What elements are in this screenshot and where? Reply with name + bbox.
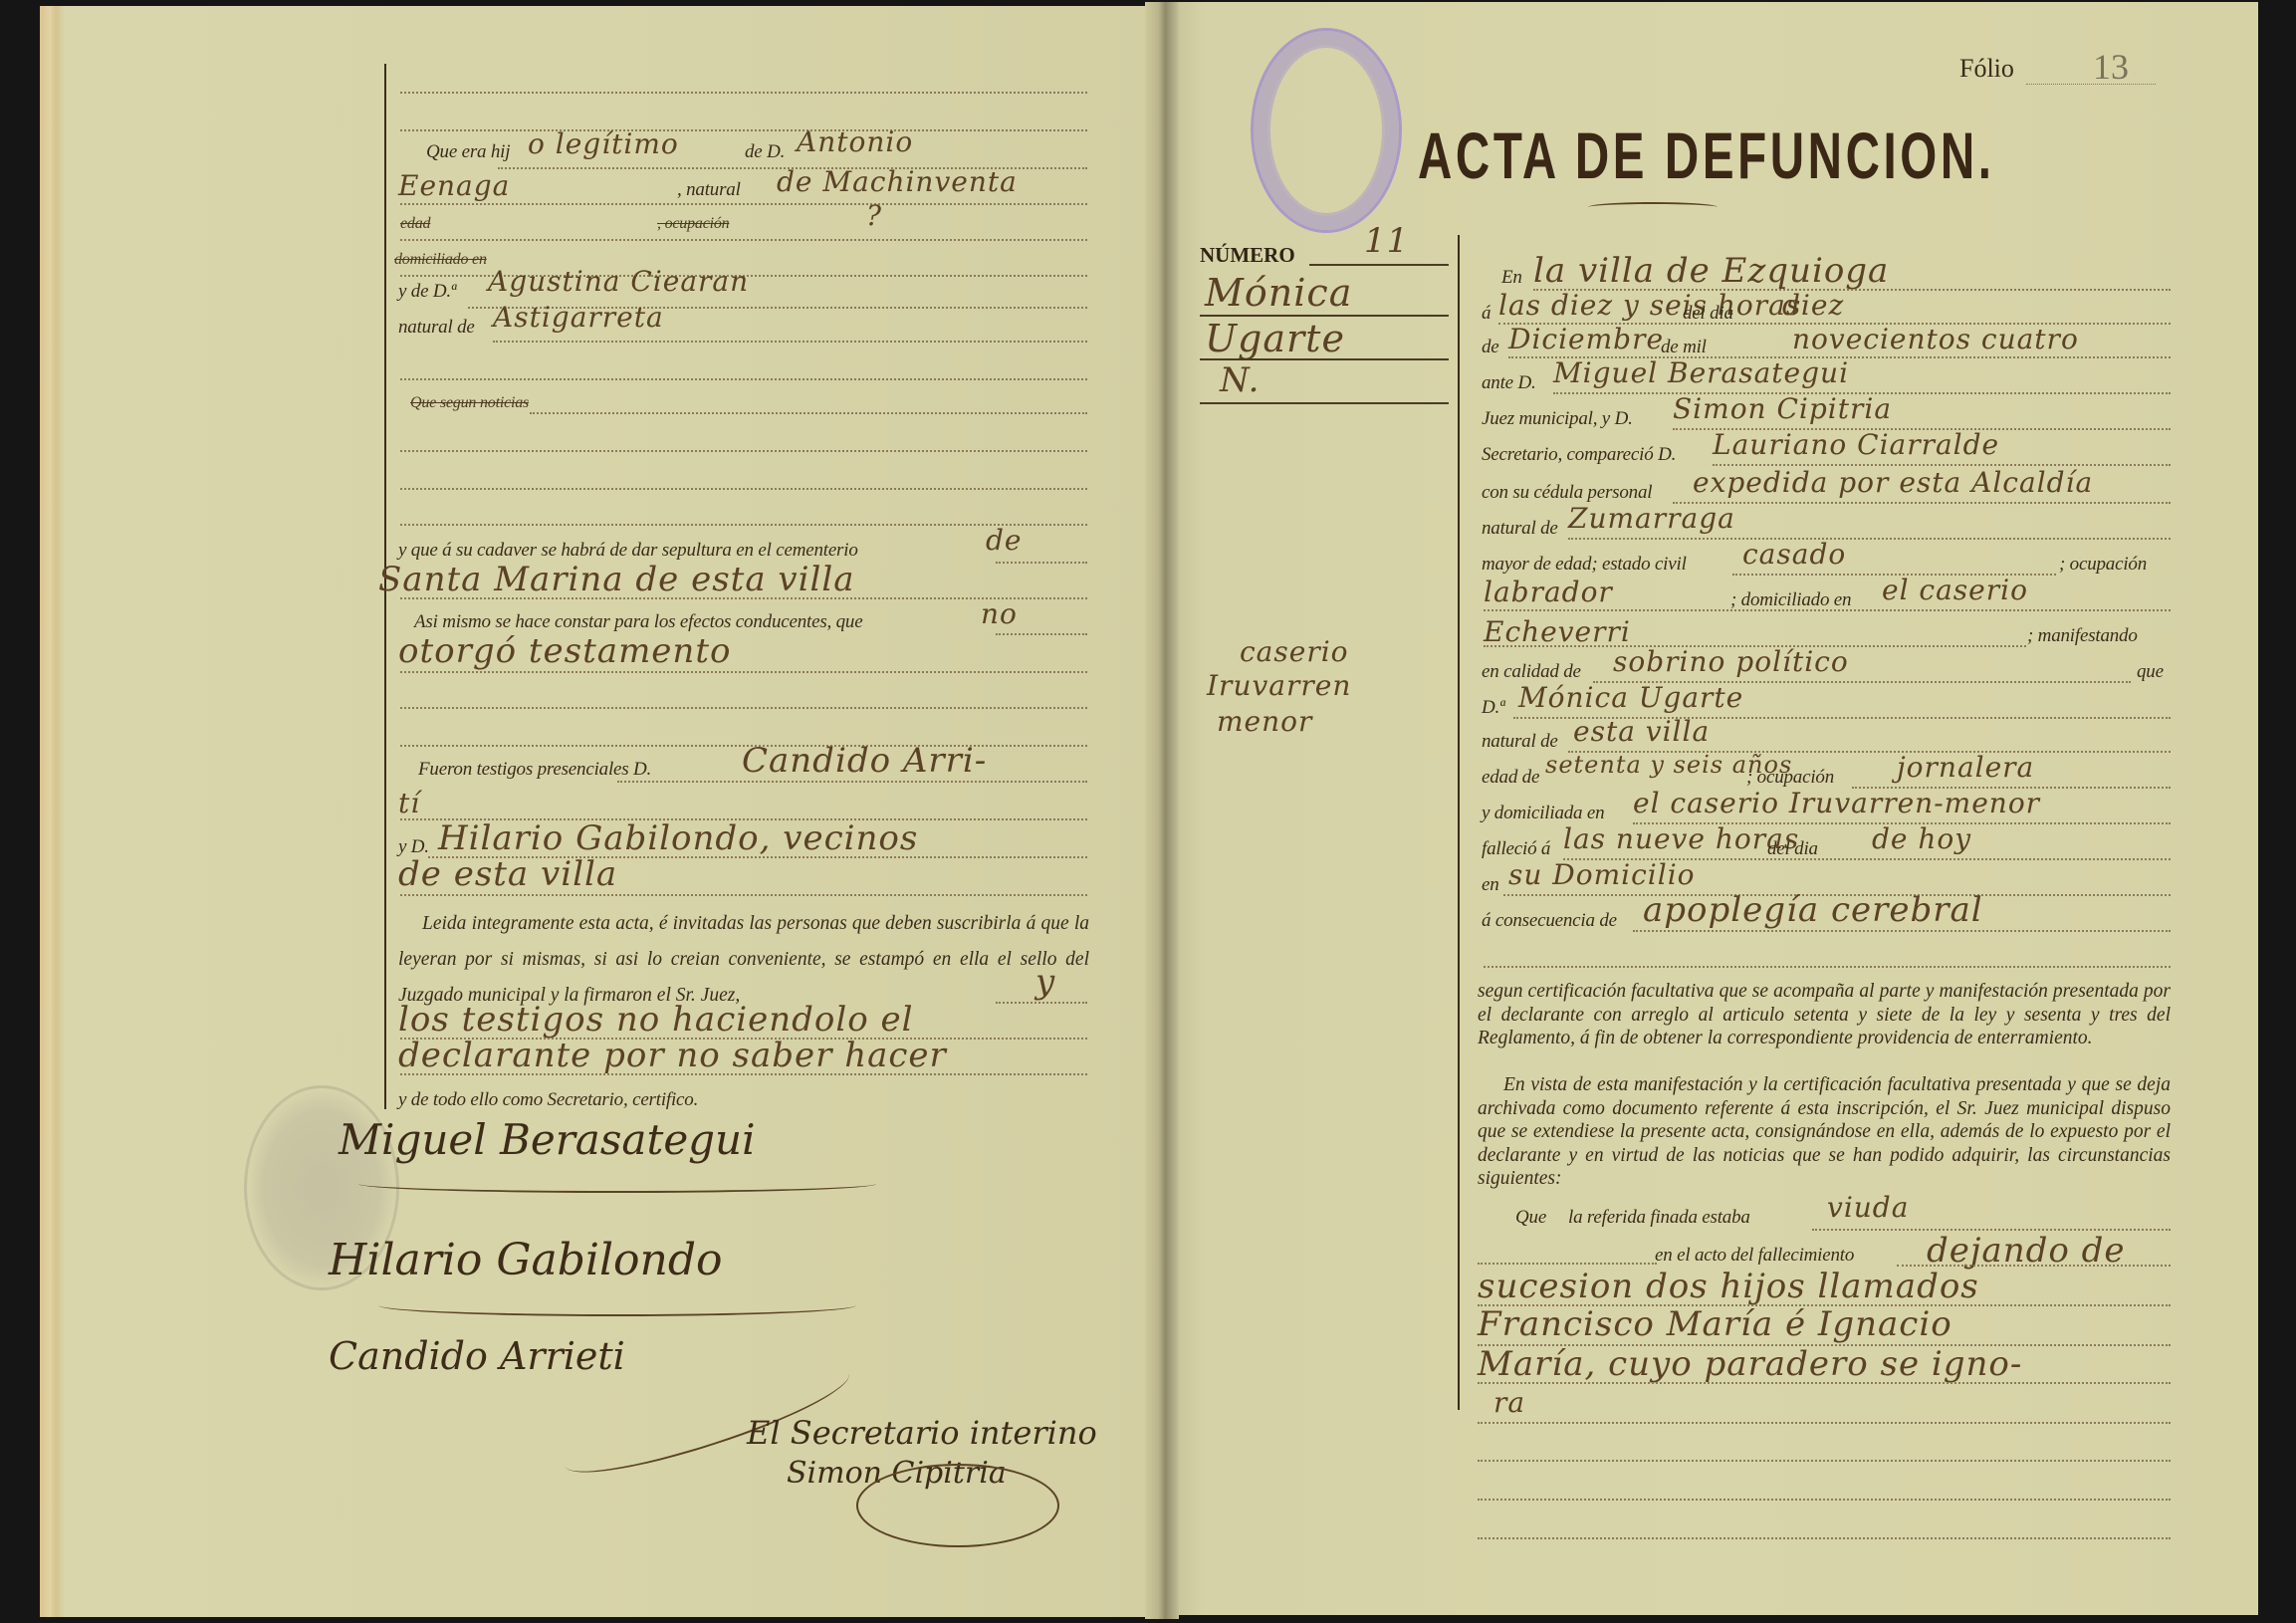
struck-label: Que segun noticias bbox=[410, 394, 529, 412]
folio-label: Fólio bbox=[1959, 54, 2014, 84]
field-label: Que era hij bbox=[426, 141, 510, 163]
field-label: con su cédula personal bbox=[1482, 482, 1652, 504]
field-label: natural de bbox=[1482, 518, 1558, 540]
witness-1-cont: tí bbox=[398, 787, 420, 819]
margin-note-1: caserio bbox=[1240, 635, 1349, 668]
field-value: ? bbox=[866, 199, 882, 232]
rule-line bbox=[996, 562, 1087, 564]
rule-line bbox=[400, 203, 1087, 205]
closing-hand-2: los testigos no haciendolo el bbox=[398, 1000, 914, 1040]
right-column-rule bbox=[1458, 235, 1460, 1410]
rule-line bbox=[400, 92, 1087, 94]
rule-line bbox=[1568, 538, 2171, 540]
field-value: no bbox=[981, 597, 1018, 630]
declarant-origin: Zumarraga bbox=[1568, 502, 1735, 535]
closing-hand-1: y bbox=[1035, 962, 1055, 1002]
name-rule bbox=[1200, 402, 1449, 404]
rule-line bbox=[400, 239, 1087, 241]
circumstance-line: sucesion dos hijos llamados bbox=[1478, 1267, 1979, 1306]
deceased-domicile: el caserio Iruvarren-menor bbox=[1633, 787, 2040, 819]
field-label: edad de bbox=[1482, 767, 1539, 789]
struck-label: domiciliado en bbox=[394, 251, 487, 269]
field-label: Que bbox=[1515, 1207, 1546, 1229]
field-label: de mil bbox=[1661, 337, 1707, 358]
field-label: ante D. bbox=[1482, 372, 1536, 394]
circumstance-line: ra bbox=[1493, 1386, 1525, 1419]
deceased-surname: Ugarte bbox=[1205, 317, 1345, 360]
witness-2: Hilario Gabilondo, vecinos bbox=[438, 818, 918, 858]
rule-line bbox=[1673, 502, 2171, 504]
secretary-title: El Secretario interino bbox=[747, 1414, 1097, 1452]
field-label: En bbox=[1501, 267, 1522, 289]
field-label: á bbox=[1482, 303, 1491, 325]
rule-line bbox=[400, 378, 1087, 380]
rule-line bbox=[400, 671, 1087, 673]
deceased-suffix: N. bbox=[1220, 360, 1260, 400]
rule-line bbox=[400, 894, 1087, 896]
rule-line bbox=[400, 707, 1087, 709]
deceased-occupation: jornalera bbox=[1897, 751, 2034, 784]
witness-1: Candido Arri- bbox=[742, 741, 987, 781]
rule-line bbox=[617, 781, 1087, 783]
field-label-hand: la referida finada estaba bbox=[1568, 1207, 1750, 1229]
circumstance-line: María, cuyo paradero se igno- bbox=[1478, 1344, 2022, 1384]
field-label: ; domiciliado en bbox=[1730, 589, 1851, 611]
circumstance-line: Francisco María é Ignacio bbox=[1478, 1304, 1952, 1344]
field-label: Asi mismo se hace constar para los efect… bbox=[414, 611, 862, 633]
declarant-occupation: labrador bbox=[1484, 576, 1613, 608]
rule-line bbox=[530, 412, 1087, 414]
year-value: novecientos cuatro bbox=[1792, 323, 2079, 355]
rule-line bbox=[1478, 1382, 2171, 1384]
field-label: natural de bbox=[1482, 731, 1558, 753]
cedula-value: expedida por esta Alcaldía bbox=[1693, 466, 2093, 499]
father-surname: Eenaga bbox=[398, 169, 510, 202]
rule-line bbox=[1484, 966, 2171, 968]
certify-line: y de todo ello como Secretario, certific… bbox=[398, 1089, 698, 1111]
rule-line bbox=[1478, 1263, 1657, 1265]
field-label: natural de bbox=[398, 317, 475, 339]
field-label: Secretario, compareció D. bbox=[1482, 444, 1676, 466]
mother-origin: Astigarreta bbox=[493, 301, 664, 334]
field-label: Fueron testigos presenciales D. bbox=[418, 759, 651, 781]
manifest-paragraph: En vista de esta manifestación y la cert… bbox=[1478, 1073, 2171, 1191]
rule-line bbox=[1478, 1422, 2171, 1424]
declarant-domicile: el caserio bbox=[1882, 574, 2028, 606]
title-ornament bbox=[1588, 202, 1718, 212]
rule-line bbox=[400, 524, 1087, 526]
field-label: de bbox=[1482, 337, 1499, 358]
numero-label: NÚMERO bbox=[1200, 243, 1295, 268]
field-label: que bbox=[2137, 661, 2164, 683]
field-label: del dia bbox=[1767, 838, 1818, 860]
field-label: ; ocupación bbox=[1746, 767, 1834, 789]
closing-paragraph: Leida integramente esta acta, é invitada… bbox=[398, 906, 1089, 1014]
day-value: diez bbox=[1782, 289, 1844, 322]
rule-line bbox=[400, 129, 1087, 131]
struck-label: edad bbox=[400, 215, 430, 233]
field-label: ; manifestando bbox=[2027, 625, 2138, 647]
rule-line bbox=[493, 341, 1087, 343]
book-gutter bbox=[1145, 2, 1179, 1619]
field-label: , natural bbox=[677, 179, 741, 201]
closing-hand-3: declarante por no saber hacer bbox=[398, 1036, 947, 1075]
field-label: en bbox=[1482, 874, 1499, 896]
signature-witness-1: Candido Arrieti bbox=[329, 1334, 625, 1378]
numero-value: 11 bbox=[1364, 221, 1409, 261]
deceased-first-name: Mónica bbox=[1205, 271, 1352, 315]
death-day: de hoy bbox=[1872, 822, 1971, 855]
father-origin: de Machinventa bbox=[777, 165, 1018, 198]
field-value: o legítimo bbox=[528, 127, 679, 160]
field-label: D.ª bbox=[1482, 697, 1504, 719]
field-label: del dia bbox=[1683, 303, 1733, 325]
field-label: de D. bbox=[745, 141, 785, 163]
certification-paragraph: segun certificación facultativa que se a… bbox=[1478, 980, 2171, 1050]
rule-line bbox=[1633, 930, 2171, 932]
folio-rule bbox=[2026, 84, 2156, 85]
field-label: á consecuencia de bbox=[1482, 910, 1617, 932]
civil-status: casado bbox=[1742, 538, 1846, 571]
marital-status: viuda bbox=[1827, 1191, 1909, 1224]
field-label: ; ocupación bbox=[2059, 554, 2147, 576]
page-title: ACTA DE DEFUNCION. bbox=[1418, 117, 1995, 193]
rule-line bbox=[1484, 609, 2171, 611]
field-label: y de D.ª bbox=[398, 281, 456, 303]
father-name: Antonio bbox=[797, 125, 913, 158]
signature-flourish bbox=[856, 1464, 1059, 1547]
signature-flourish bbox=[378, 1294, 856, 1316]
rule-line bbox=[1478, 1460, 2171, 1462]
deceased-origin: esta villa bbox=[1573, 715, 1710, 748]
signature-judge: Miguel Berasategui bbox=[339, 1115, 756, 1164]
declarant-domicile-cont: Echeverri bbox=[1484, 615, 1631, 648]
cemetery-name: Santa Marina de esta villa bbox=[378, 560, 855, 599]
field-label: mayor de edad; estado civil bbox=[1482, 554, 1687, 576]
field-label: falleció á bbox=[1482, 838, 1550, 860]
death-hour: las nueve horas bbox=[1563, 822, 1799, 855]
rule-line bbox=[400, 1073, 1087, 1075]
signature-witness-2: Hilario Gabilondo bbox=[329, 1235, 723, 1285]
margin-note-2: Iruvarren bbox=[1207, 669, 1351, 702]
declarant-name: Lauriano Ciarralde bbox=[1713, 428, 1999, 461]
witness-2-cont: de esta villa bbox=[398, 854, 617, 894]
signature-flourish bbox=[358, 1175, 876, 1193]
field-label: en el acto del fallecimiento bbox=[1655, 1245, 1854, 1267]
rule-line bbox=[400, 488, 1087, 490]
numero-rule bbox=[1309, 264, 1449, 266]
relationship-value: sobrino político bbox=[1613, 645, 1849, 678]
place-value: la villa de Ezquioga bbox=[1533, 251, 1889, 291]
field-label: Juez municipal, y D. bbox=[1482, 408, 1633, 430]
struck-label: , ocupación bbox=[657, 215, 729, 233]
cause-of-death: apoplegía cerebral bbox=[1643, 890, 1983, 930]
hour-value: las diez y seis horas bbox=[1498, 289, 1801, 322]
margin-note-3: menor bbox=[1217, 705, 1312, 738]
folio-number: 13 bbox=[2093, 46, 2129, 88]
death-place: su Domicilio bbox=[1508, 858, 1696, 891]
field-label: y que á su cadaver se habrá de dar sepul… bbox=[398, 540, 858, 562]
rule-line bbox=[996, 633, 1087, 635]
rule-line bbox=[400, 450, 1087, 452]
mother-name: Agustina Ciearan bbox=[488, 265, 749, 298]
testament-status: otorgó testamento bbox=[398, 631, 731, 671]
rule-line bbox=[996, 1002, 1087, 1004]
field-label: en calidad de bbox=[1482, 661, 1581, 683]
field-label: y domiciliada en bbox=[1482, 803, 1604, 824]
rule-line bbox=[1478, 1499, 2171, 1501]
court-stamp-icon bbox=[1251, 28, 1402, 233]
judge-name: Miguel Berasategui bbox=[1553, 356, 1849, 389]
secretary-name: Simon Cipitria bbox=[1673, 392, 1892, 425]
deceased-full-name: Mónica Ugarte bbox=[1518, 681, 1743, 714]
rule-line bbox=[1478, 1537, 2171, 1539]
month-value: Diciembre bbox=[1508, 323, 1664, 355]
field-value: de bbox=[986, 524, 1023, 557]
